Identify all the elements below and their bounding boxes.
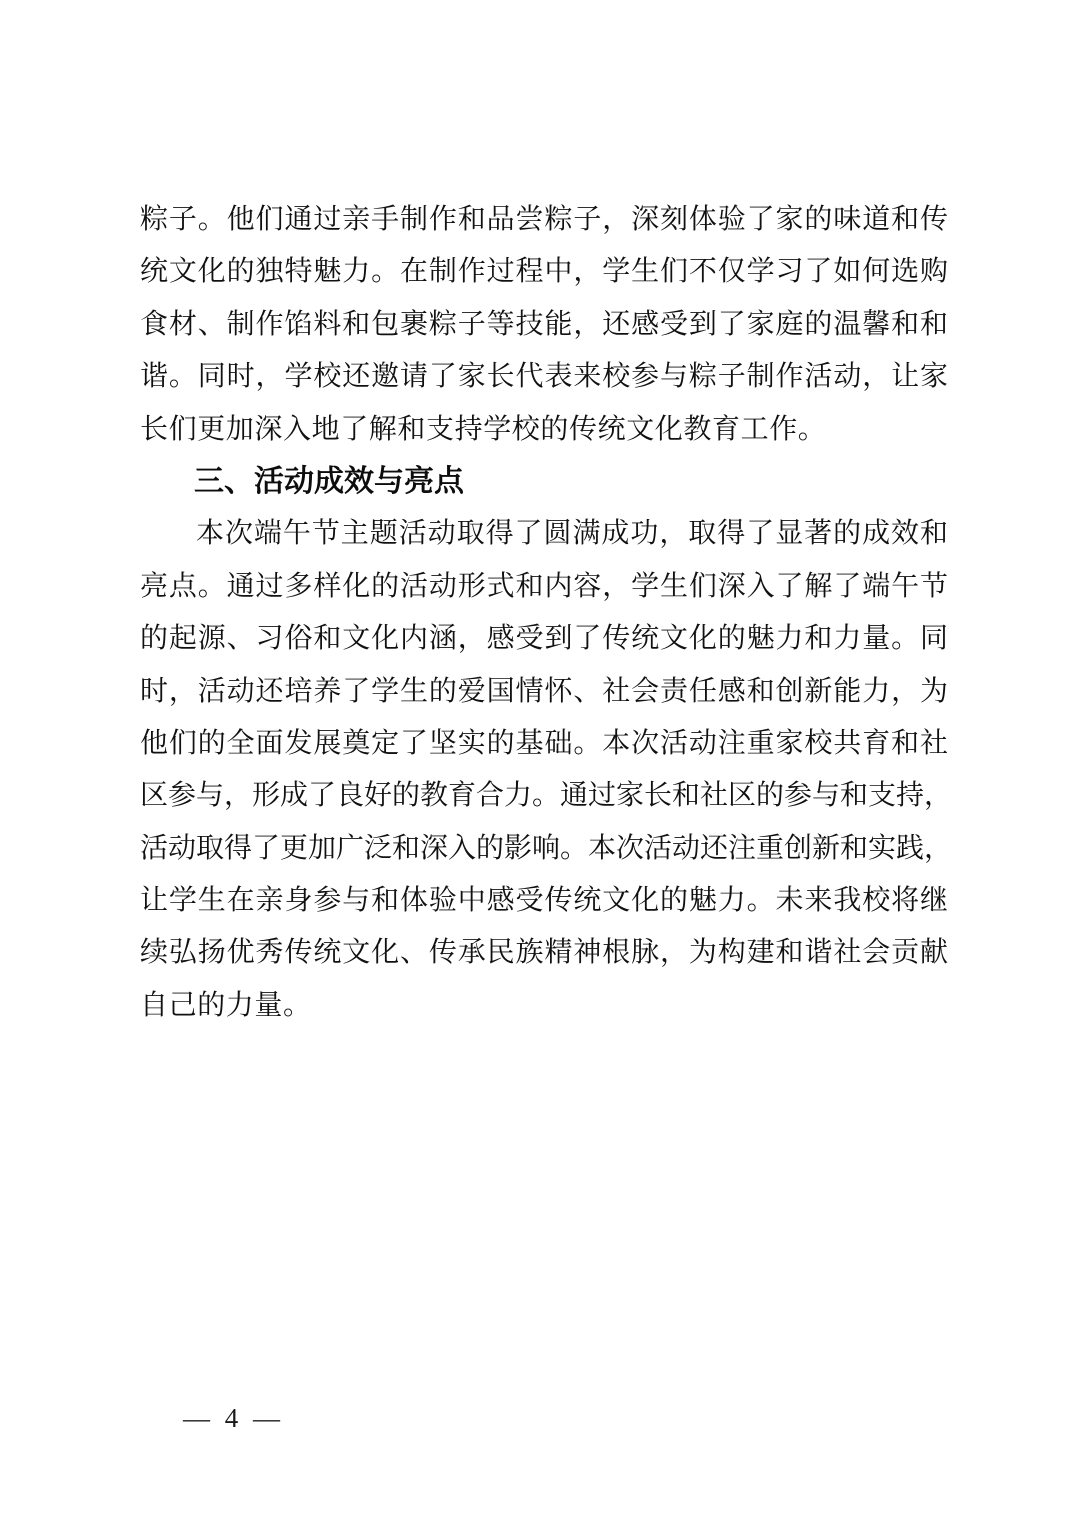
paragraph-line: 食材、制作馅料和包裹粽子等技能，还感受到了家庭的温馨和和 [140, 299, 948, 351]
paragraph-line: 粽子。他们通过亲手制作和品尝粽子，深刻体验了家的味道和传 [140, 194, 948, 246]
paragraph-line: 长们更加深入地了解和支持学校的传统文化教育工作。 [140, 404, 948, 456]
paragraph-line: 本次端午节主题活动取得了圆满成功，取得了显著的成效和 [140, 508, 948, 560]
document-body: 粽子。他们通过亲手制作和品尝粽子，深刻体验了家的味道和传 统文化的独特魅力。在制… [140, 194, 948, 1032]
paragraph-line: 的起源、习俗和文化内涵，感受到了传统文化的魅力和力量。同 [140, 613, 948, 665]
paragraph-line: 续弘扬优秀传统文化、传承民族精神根脉，为构建和谐社会贡献 [140, 927, 948, 979]
paragraph-line: 统文化的独特魅力。在制作过程中，学生们不仅学习了如何选购 [140, 246, 948, 298]
paragraph-line: 让学生在亲身参与和体验中感受传统文化的魅力。未来我校将继 [140, 875, 948, 927]
paragraph-line: 他们的全面发展奠定了坚实的基础。本次活动注重家校共育和社 [140, 718, 948, 770]
section-heading: 三、活动成效与亮点 [140, 456, 948, 508]
paragraph-line: 谐。同时，学校还邀请了家长代表来校参与粽子制作活动，让家 [140, 351, 948, 403]
paragraph-line: 亮点。通过多样化的活动形式和内容，学生们深入了解了端午节 [140, 561, 948, 613]
document-page: 粽子。他们通过亲手制作和品尝粽子，深刻体验了家的味道和传 统文化的独特魅力。在制… [0, 0, 1080, 1527]
page-number: — 4 — [183, 1398, 284, 1438]
paragraph-line: 自己的力量。 [140, 980, 948, 1032]
paragraph-line: 活动取得了更加广泛和深入的影响。本次活动还注重创新和实践， [140, 823, 948, 875]
paragraph-line: 时，活动还培养了学生的爱国情怀、社会责任感和创新能力，为 [140, 666, 948, 718]
paragraph-line: 区参与，形成了良好的教育合力。通过家长和社区的参与和支持， [140, 770, 948, 822]
